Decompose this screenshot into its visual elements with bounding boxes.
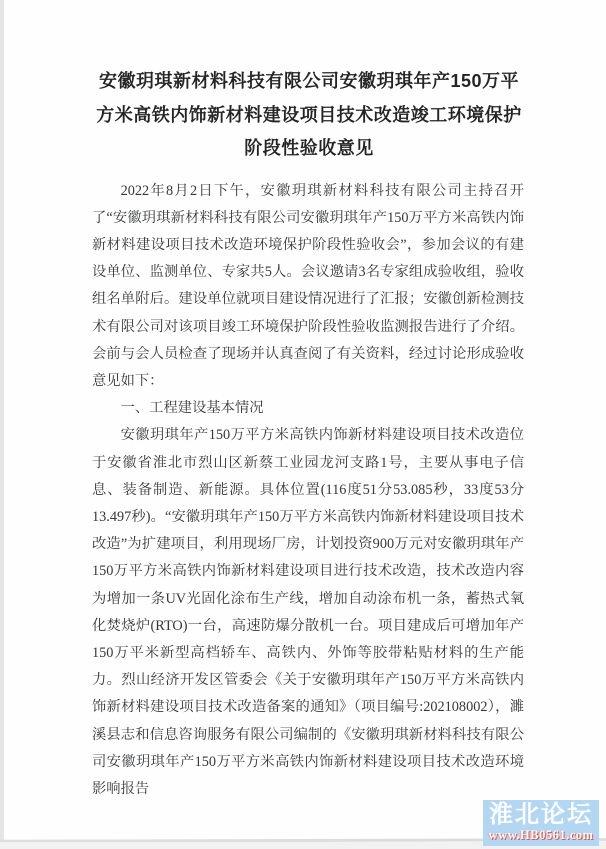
- watermark-site-url: www.HB0561.com: [483, 828, 599, 843]
- watermark-site-name: 淮北论坛: [483, 801, 599, 828]
- scan-edge-left: [0, 0, 4, 849]
- section-heading-project-overview: 一、工程建设基本情况: [92, 395, 524, 422]
- paragraph-meeting-intro: 2022年8月2日下午，安徽玥琪新材料科技有限公司主持召开了“安徽玥琪新材料科技…: [92, 178, 524, 396]
- document-text-block: 2022年8月2日下午，安徽玥琪新材料科技有限公司主持召开了“安徽玥琪新材料科技…: [92, 178, 524, 804]
- watermark-badge: 淮北论坛 www.HB0561.com: [483, 800, 599, 846]
- scanned-document-page: 安徽玥琪新材料科技有限公司安徽玥琪年产150万平方米高铁内饰新材料建设项目技术改…: [0, 0, 606, 849]
- paragraph-project-details: 安徽玥琪年产150万平方米高铁内饰新材料建设项目技术改造位于安徽省淮北市烈山区新…: [92, 422, 524, 803]
- document-title: 安徽玥琪新材料科技有限公司安徽玥琪年产150万平方米高铁内饰新材料建设项目技术改…: [90, 65, 528, 166]
- document-content: 安徽玥琪新材料科技有限公司安徽玥琪年产150万平方米高铁内饰新材料建设项目技术改…: [0, 0, 606, 803]
